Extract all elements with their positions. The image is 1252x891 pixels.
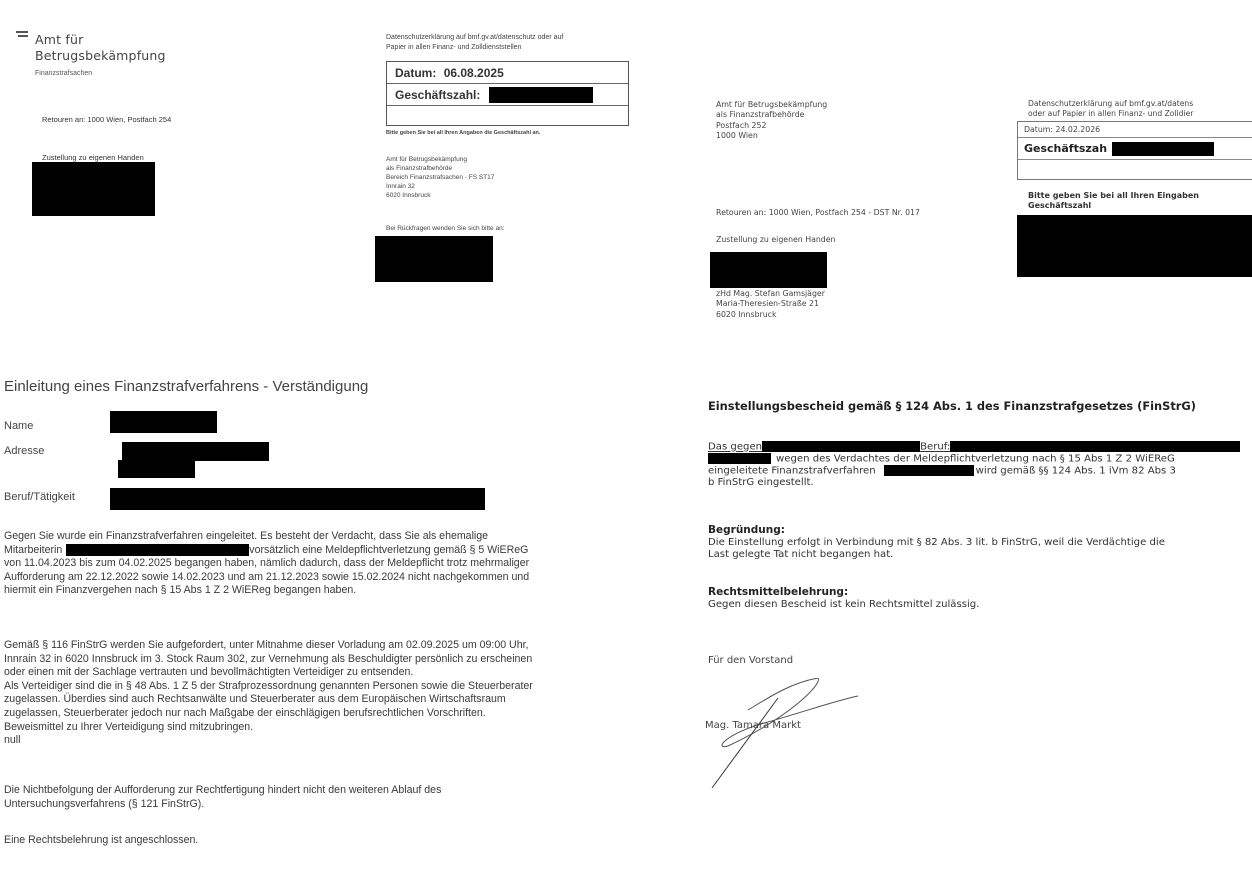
redacted-employer	[66, 544, 249, 556]
decision-text: Das gegenBeruf: wegen des Verdachtes der…	[708, 441, 1252, 489]
org-subtitle: Finanzstrafsachen	[35, 70, 92, 77]
privacy-note-right: Datenschutzerklärung auf bmf.gv.at/daten…	[1028, 99, 1193, 119]
reasoning-heading: Begründung:	[708, 524, 785, 536]
date-label: Datum:	[395, 66, 436, 80]
info-box: Datum: 06.08.2025 Geschäftszahl:	[386, 61, 629, 126]
redacted-employer-right	[708, 453, 771, 464]
reference-hint-right: Bitte geben Sie bei all Ihren Eingaben G…	[1028, 191, 1199, 211]
case-number-row: Geschäftszahl:	[387, 84, 628, 106]
redacted-contact	[375, 236, 493, 282]
return-address: Retouren an: 1000 Wien, Postfach 254	[42, 115, 171, 124]
delivery-note: Zustellung zu eigenen Handen	[42, 153, 144, 162]
field-label-address: Adresse	[4, 445, 44, 457]
redacted-case-number-right	[1112, 142, 1214, 156]
case-number-label-right: Geschäftszah	[1024, 142, 1107, 155]
austria-eagle-stripes-icon	[16, 31, 28, 39]
authority-address: Amt für Betrugsbekämpfung als Finanzstra…	[386, 155, 494, 200]
appeal-heading: Rechtsmittelbelehrung:	[708, 586, 848, 598]
redacted-address-line2	[118, 460, 195, 478]
redacted-name	[110, 411, 217, 433]
reasoning-text: Die Einstellung erfolgt in Verbindung mi…	[708, 537, 1252, 560]
paragraph-summons: Gemäß § 116 FinStrG werden Sie aufgeford…	[4, 639, 644, 748]
closing: Für den Vorstand	[708, 655, 793, 666]
redacted-contact-right	[1017, 215, 1252, 277]
redacted-recipient	[32, 162, 155, 216]
privacy-note: Datenschutzerklärung auf bmf.gv.at/daten…	[386, 33, 646, 53]
reference-hint: Bitte geben Sie bei all Ihren Angaben di…	[386, 130, 540, 136]
signer-name: Mag. Tamara Markt	[705, 720, 801, 731]
redacted-occupation-right	[950, 441, 1240, 452]
field-label-occupation: Beruf/Tätigkeit	[4, 491, 75, 503]
case-number-label: Geschäftszahl:	[395, 88, 480, 102]
recipient-address-right: zHd Mag. Stefan Gamsjäger Maria-Theresie…	[716, 289, 825, 320]
return-address-right: Retouren an: 1000 Wien, Postfach 254 - D…	[716, 208, 920, 217]
case-number-row-right: Geschäftszah	[1018, 138, 1252, 160]
decision-title: Einstellungsbescheid gemäß § 124 Abs. 1 …	[708, 399, 1196, 413]
redacted-address-line1	[122, 442, 269, 461]
redacted-name-right	[762, 441, 920, 452]
handwritten-signature-icon	[708, 678, 878, 793]
date-row-right: Datum: 24.02.2026	[1018, 122, 1252, 138]
date-value: 06.08.2025	[444, 66, 504, 80]
paragraph-suspicion: Gegen Sie wurde ein Finanzstrafverfahren…	[4, 530, 644, 598]
redacted-case-reference-right	[884, 465, 974, 476]
paragraph-legal-notice: Eine Rechtsbelehrung ist angeschlossen.	[4, 834, 644, 848]
delivery-note-right: Zustellung zu eigenen Handen	[716, 235, 836, 244]
org-name: Amt für Betrugsbekämpfung	[35, 32, 166, 64]
empty-row	[387, 106, 628, 125]
authority-address-right: Amt für Betrugsbekämpfung als Finanzstra…	[716, 100, 827, 142]
document-title: Einleitung eines Finanzstrafverfahrens -…	[4, 378, 368, 395]
date-row: Datum: 06.08.2025	[387, 62, 628, 84]
redacted-case-number	[489, 87, 593, 103]
redacted-occupation	[110, 488, 485, 510]
paragraph-non-compliance: Die Nichtbefolgung der Aufforderung zur …	[4, 784, 644, 811]
redacted-recipient-right	[710, 252, 827, 288]
field-label-name: Name	[4, 420, 33, 432]
contact-hint: Bei Rückfragen wenden Sie sich bitte an:	[386, 225, 505, 232]
info-box-right: Datum: 24.02.2026 Geschäftszah	[1017, 121, 1252, 180]
appeal-text: Gegen diesen Bescheid ist kein Rechtsmit…	[708, 599, 1252, 611]
